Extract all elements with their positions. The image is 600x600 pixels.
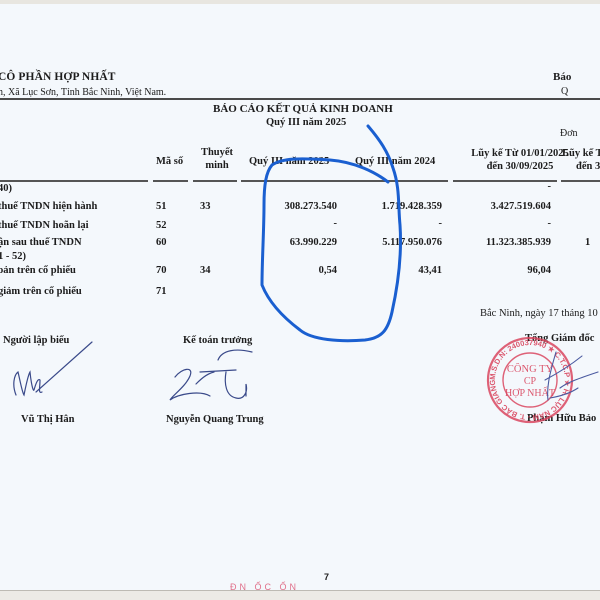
cell-q3-2024: - xyxy=(350,218,442,229)
company-address: n, Xã Lục Sơn, Tỉnh Bắc Ninh, Việt Nam. xyxy=(0,87,166,98)
cell-note: 34 xyxy=(200,265,230,276)
cell-ytd-2024: 1 xyxy=(585,237,600,248)
cell-label: 40) xyxy=(0,183,12,194)
director-name: Phạm Hữu Bảo xyxy=(527,413,596,424)
cell-code: 51 xyxy=(156,201,182,212)
cell-label-line2: 1 - 52) xyxy=(0,251,26,262)
director-title: Tổng Giám đốc xyxy=(525,333,594,344)
col-header-code: Mã số xyxy=(156,155,183,168)
col-header-q3-2025: Quý III năm 2025 xyxy=(249,155,329,168)
form-code: Báo xyxy=(553,71,571,83)
cell-label: oản trên cổ phiếu xyxy=(0,265,76,276)
col-header-ytd-2024-line2: đến 3 xyxy=(562,160,600,173)
cell-q3-2025: 0,54 xyxy=(250,265,337,276)
report-title: BÁO CÁO KẾT QUẢ KINH DOANH xyxy=(213,103,393,115)
place-date: Bắc Ninh, ngày 17 tháng 10 n xyxy=(480,308,600,319)
accountant-title: Kế toán trưởng xyxy=(183,335,252,346)
rule-label xyxy=(0,180,148,182)
cell-code: 60 xyxy=(156,237,182,248)
col-header-note-line2: minh xyxy=(195,159,239,172)
cell-q3-2024: 5.117.950.076 xyxy=(350,237,442,248)
preparer-title: Người lập biểu xyxy=(3,335,69,346)
rule-q3-2024 xyxy=(343,180,448,182)
col-header-ytd-2024-line1: Lũy kế T xyxy=(562,147,600,160)
scan-bottom-edge xyxy=(0,590,600,600)
col-header-note-line1: Thuyết xyxy=(195,146,239,159)
cell-code: 71 xyxy=(156,286,182,297)
rule-q3-2025 xyxy=(241,180,349,182)
accountant-name: Nguyễn Quang Trung xyxy=(166,414,264,425)
cell-note: 33 xyxy=(200,201,230,212)
cell-q3-2025: 63.990.229 xyxy=(250,237,337,248)
preparer-name: Vũ Thị Hân xyxy=(21,414,75,425)
rule-code xyxy=(153,180,188,182)
cell-ytd-2025: 11.323.385.939 xyxy=(455,237,551,248)
cell-q3-2025: - xyxy=(250,218,337,229)
cell-q3-2024: 43,41 xyxy=(350,265,442,276)
col-header-q3-2024: Quý III năm 2024 xyxy=(355,155,435,168)
cell-ytd-2025: - xyxy=(455,181,551,192)
form-subcode: Q xyxy=(561,86,568,97)
cell-code: 70 xyxy=(156,265,182,276)
page-number: 7 xyxy=(324,572,329,582)
cell-ytd-2025: 96,04 xyxy=(455,265,551,276)
cell-q3-2024: 1.719.428.359 xyxy=(350,201,442,212)
rule-ytd-2024 xyxy=(561,180,600,182)
cell-ytd-2025: - xyxy=(455,218,551,229)
cell-label: ận sau thuế TNDN xyxy=(0,237,82,248)
currency-unit: Đơn xyxy=(560,128,578,139)
cell-label: giảm trên cổ phiếu xyxy=(0,286,82,297)
cell-q3-2025: 308.273.540 xyxy=(250,201,337,212)
cell-code: 52 xyxy=(156,220,182,231)
col-header-note: Thuyết minh xyxy=(195,146,239,172)
rule-note xyxy=(193,180,237,182)
cell-ytd-2025: 3.427.519.604 xyxy=(455,201,551,212)
cell-label: thuế TNDN hoãn lại xyxy=(0,220,89,231)
report-subtitle: Quý III năm 2025 xyxy=(266,117,346,128)
col-header-ytd-2024: Lũy kế T đến 3 xyxy=(562,147,600,173)
header-divider xyxy=(0,98,600,100)
company-name: CÔ PHẦN HỢP NHẤT xyxy=(0,71,116,83)
cell-label: thuế TNDN hiện hành xyxy=(0,201,97,212)
